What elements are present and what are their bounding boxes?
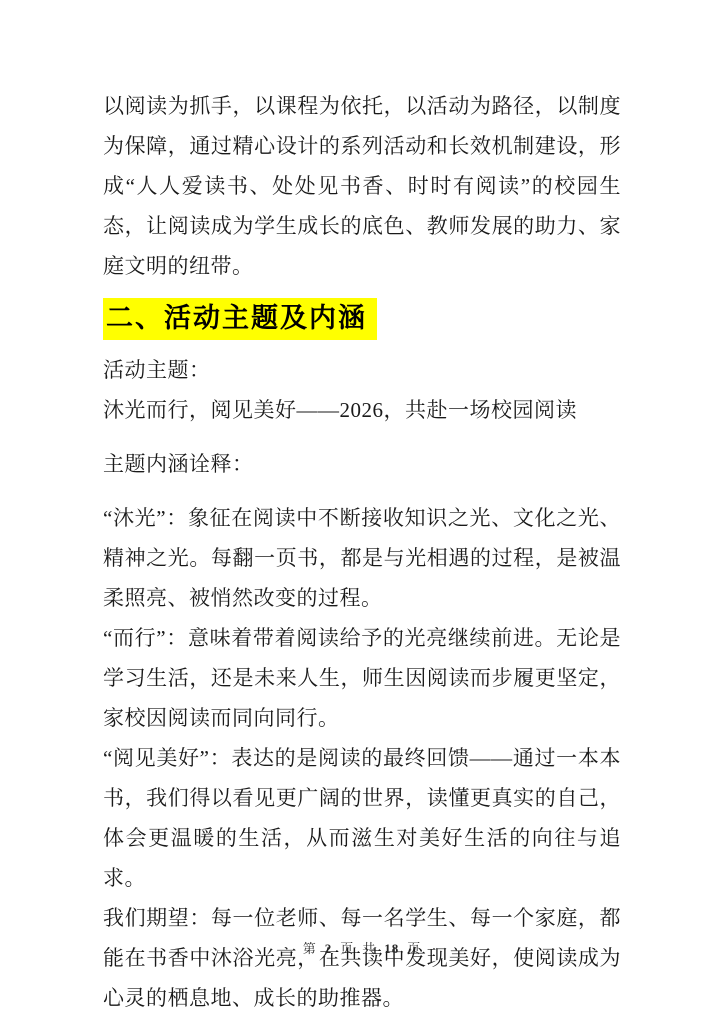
footer-total-word: 共 xyxy=(362,941,376,956)
footer-pages-word: 页 xyxy=(340,941,354,956)
body-paragraph-yuejianmeihao: “阅见美好”：表达的是阅读的最终回馈——通过一本本书，我们得以看见更广阔的世界，… xyxy=(103,738,621,898)
document-page: 以阅读为抓手，以课程为依托，以活动为路径，以制度为保障，通过精心设计的系列活动和… xyxy=(0,0,724,1024)
footer-pages-word-2: 页 xyxy=(407,941,421,956)
footer-total-pages: 18 xyxy=(384,941,399,956)
body-paragraph-erxing: “而行”：意味着带着阅读给予的光亮继续前进。无论是学习生活，还是未来人生，师生因… xyxy=(103,618,621,738)
body-paragraph-muguang: “沐光”：象征在阅读中不断接收知识之光、文化之光、精神之光。每翻一页书，都是与光… xyxy=(103,498,621,618)
section-heading: 二、活动主题及内涵 xyxy=(103,298,377,340)
interpretation-label: 主题内涵诠释： xyxy=(103,444,621,484)
page-footer: 第2页共18页 xyxy=(0,938,724,957)
theme-label: 活动主题： xyxy=(103,350,621,390)
body-paragraph-womenqiwang: 我们期望：每一位老师、每一名学生、每一个家庭，都能在书香中沐浴光亮，在共读中发现… xyxy=(103,898,621,1018)
theme-title: 沐光而行，阅见美好——2026，共赴一场校园阅读 xyxy=(103,390,621,430)
footer-current-page: 2 xyxy=(325,941,333,956)
page-content: 以阅读为抓手，以课程为依托，以活动为路径，以制度为保障，通过精心设计的系列活动和… xyxy=(103,86,621,1018)
section-heading-row: 二、活动主题及内涵 xyxy=(103,298,621,340)
footer-prefix: 第 xyxy=(303,941,317,956)
intro-paragraph: 以阅读为抓手，以课程为依托，以活动为路径，以制度为保障，通过精心设计的系列活动和… xyxy=(103,86,621,286)
